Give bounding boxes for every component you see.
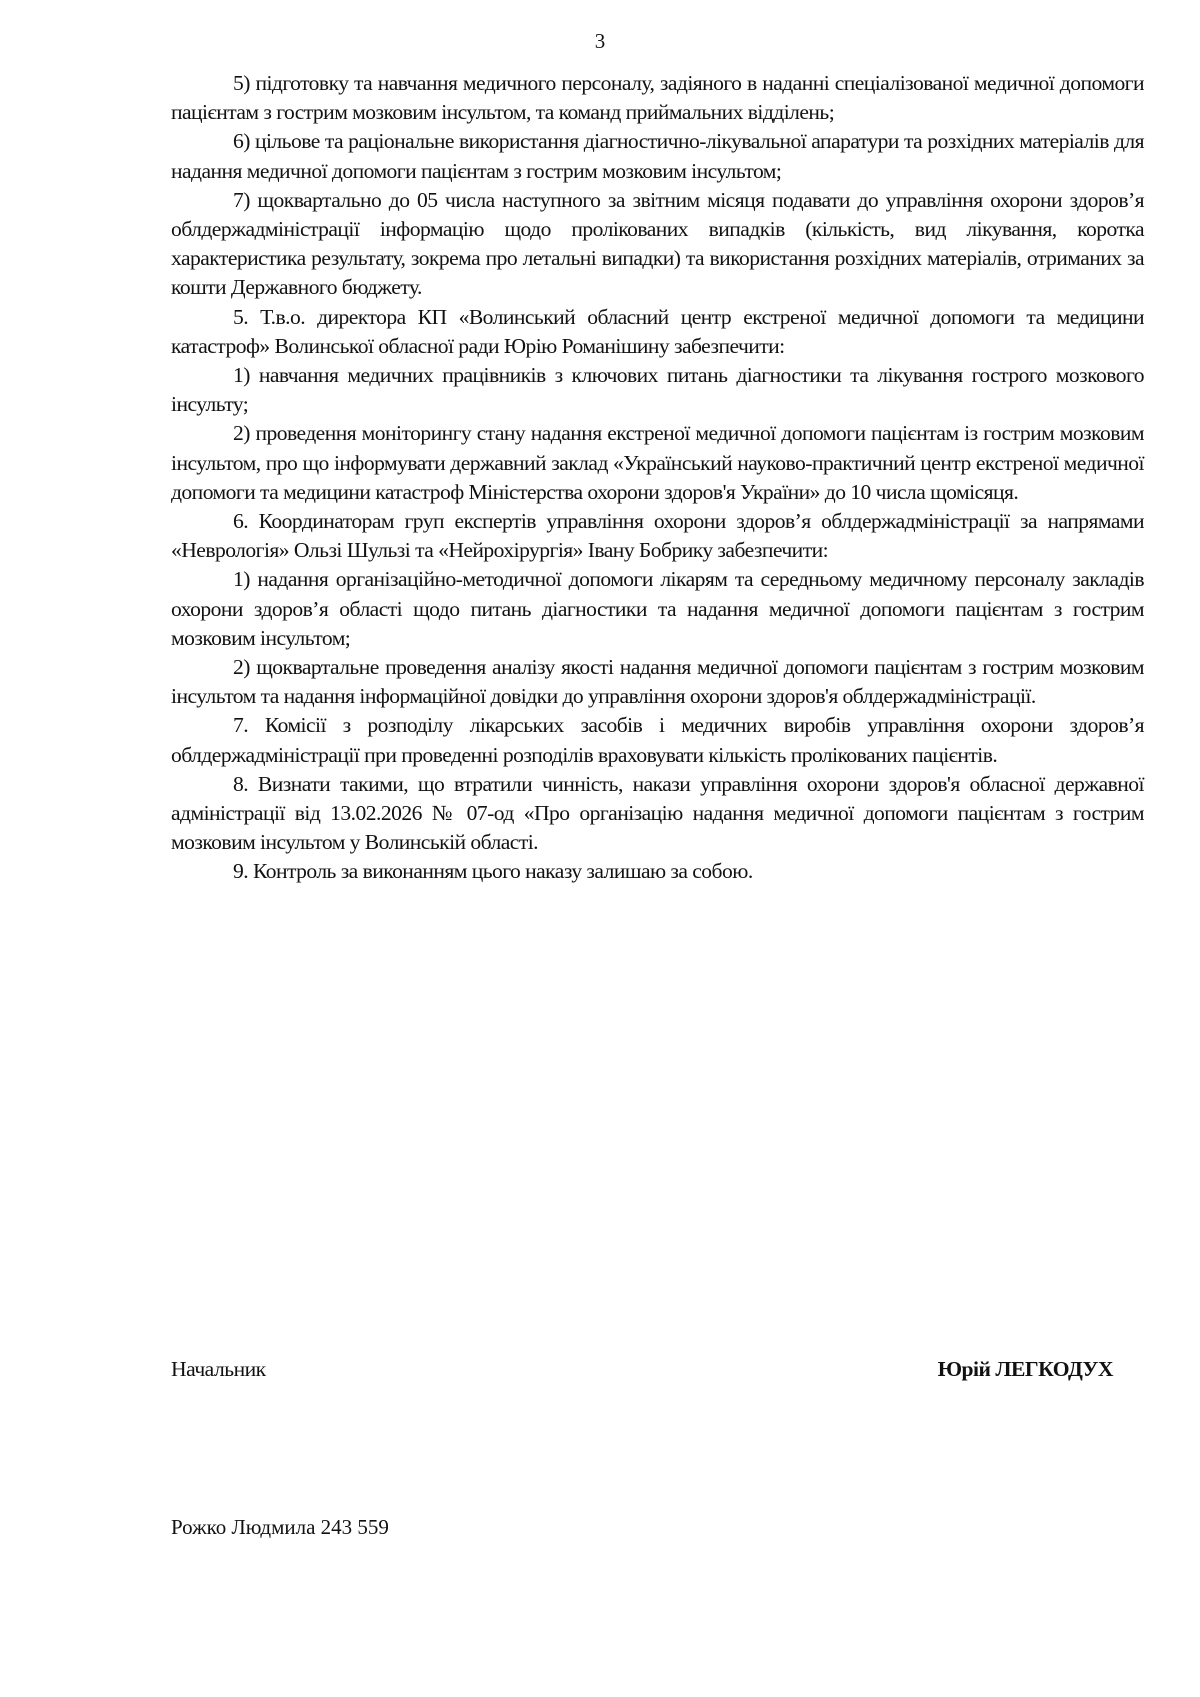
paragraph-item-7: 7) щоквартально до 05 числа наступного з… <box>171 186 1144 303</box>
paragraph-clause-7: 7. Комісії з розподілу лікарських засобі… <box>171 711 1144 769</box>
paragraph-clause-8: 8. Визнати такими, що втратили чинність,… <box>171 770 1144 858</box>
executor-contact: Рожко Людмила 243 559 <box>171 1513 389 1541</box>
paragraph-clause-6: 6. Координаторам груп експертів управлін… <box>171 507 1144 565</box>
paragraph-clause-6-item-1: 1) надання організаційно-методичної допо… <box>171 565 1144 653</box>
document-body: 5) підготовку та навчання медичного перс… <box>171 69 1144 887</box>
paragraph-clause-5-item-1: 1) навчання медичних працівників з ключо… <box>171 361 1144 419</box>
paragraph-item-5: 5) підготовку та навчання медичного перс… <box>171 69 1144 127</box>
paragraph-item-6: 6) цільове та раціональне використання д… <box>171 127 1144 185</box>
document-page: 3 5) підготовку та навчання медичного пе… <box>0 0 1200 1697</box>
signatory-position: Начальник <box>171 1355 266 1384</box>
paragraph-clause-9: 9. Контроль за виконанням цього наказу з… <box>171 857 1144 886</box>
page-number: 3 <box>0 28 1200 54</box>
signatory-name: Юрій ЛЕГКОДУХ <box>938 1355 1113 1384</box>
paragraph-clause-5: 5. Т.в.о. директора КП «Волинський облас… <box>171 303 1144 361</box>
signature-block: Начальник Юрій ЛЕГКОДУХ <box>171 1355 1113 1384</box>
paragraph-clause-6-item-2: 2) щоквартальне проведення аналізу якост… <box>171 653 1144 711</box>
paragraph-clause-5-item-2: 2) проведення моніторингу стану надання … <box>171 419 1144 507</box>
